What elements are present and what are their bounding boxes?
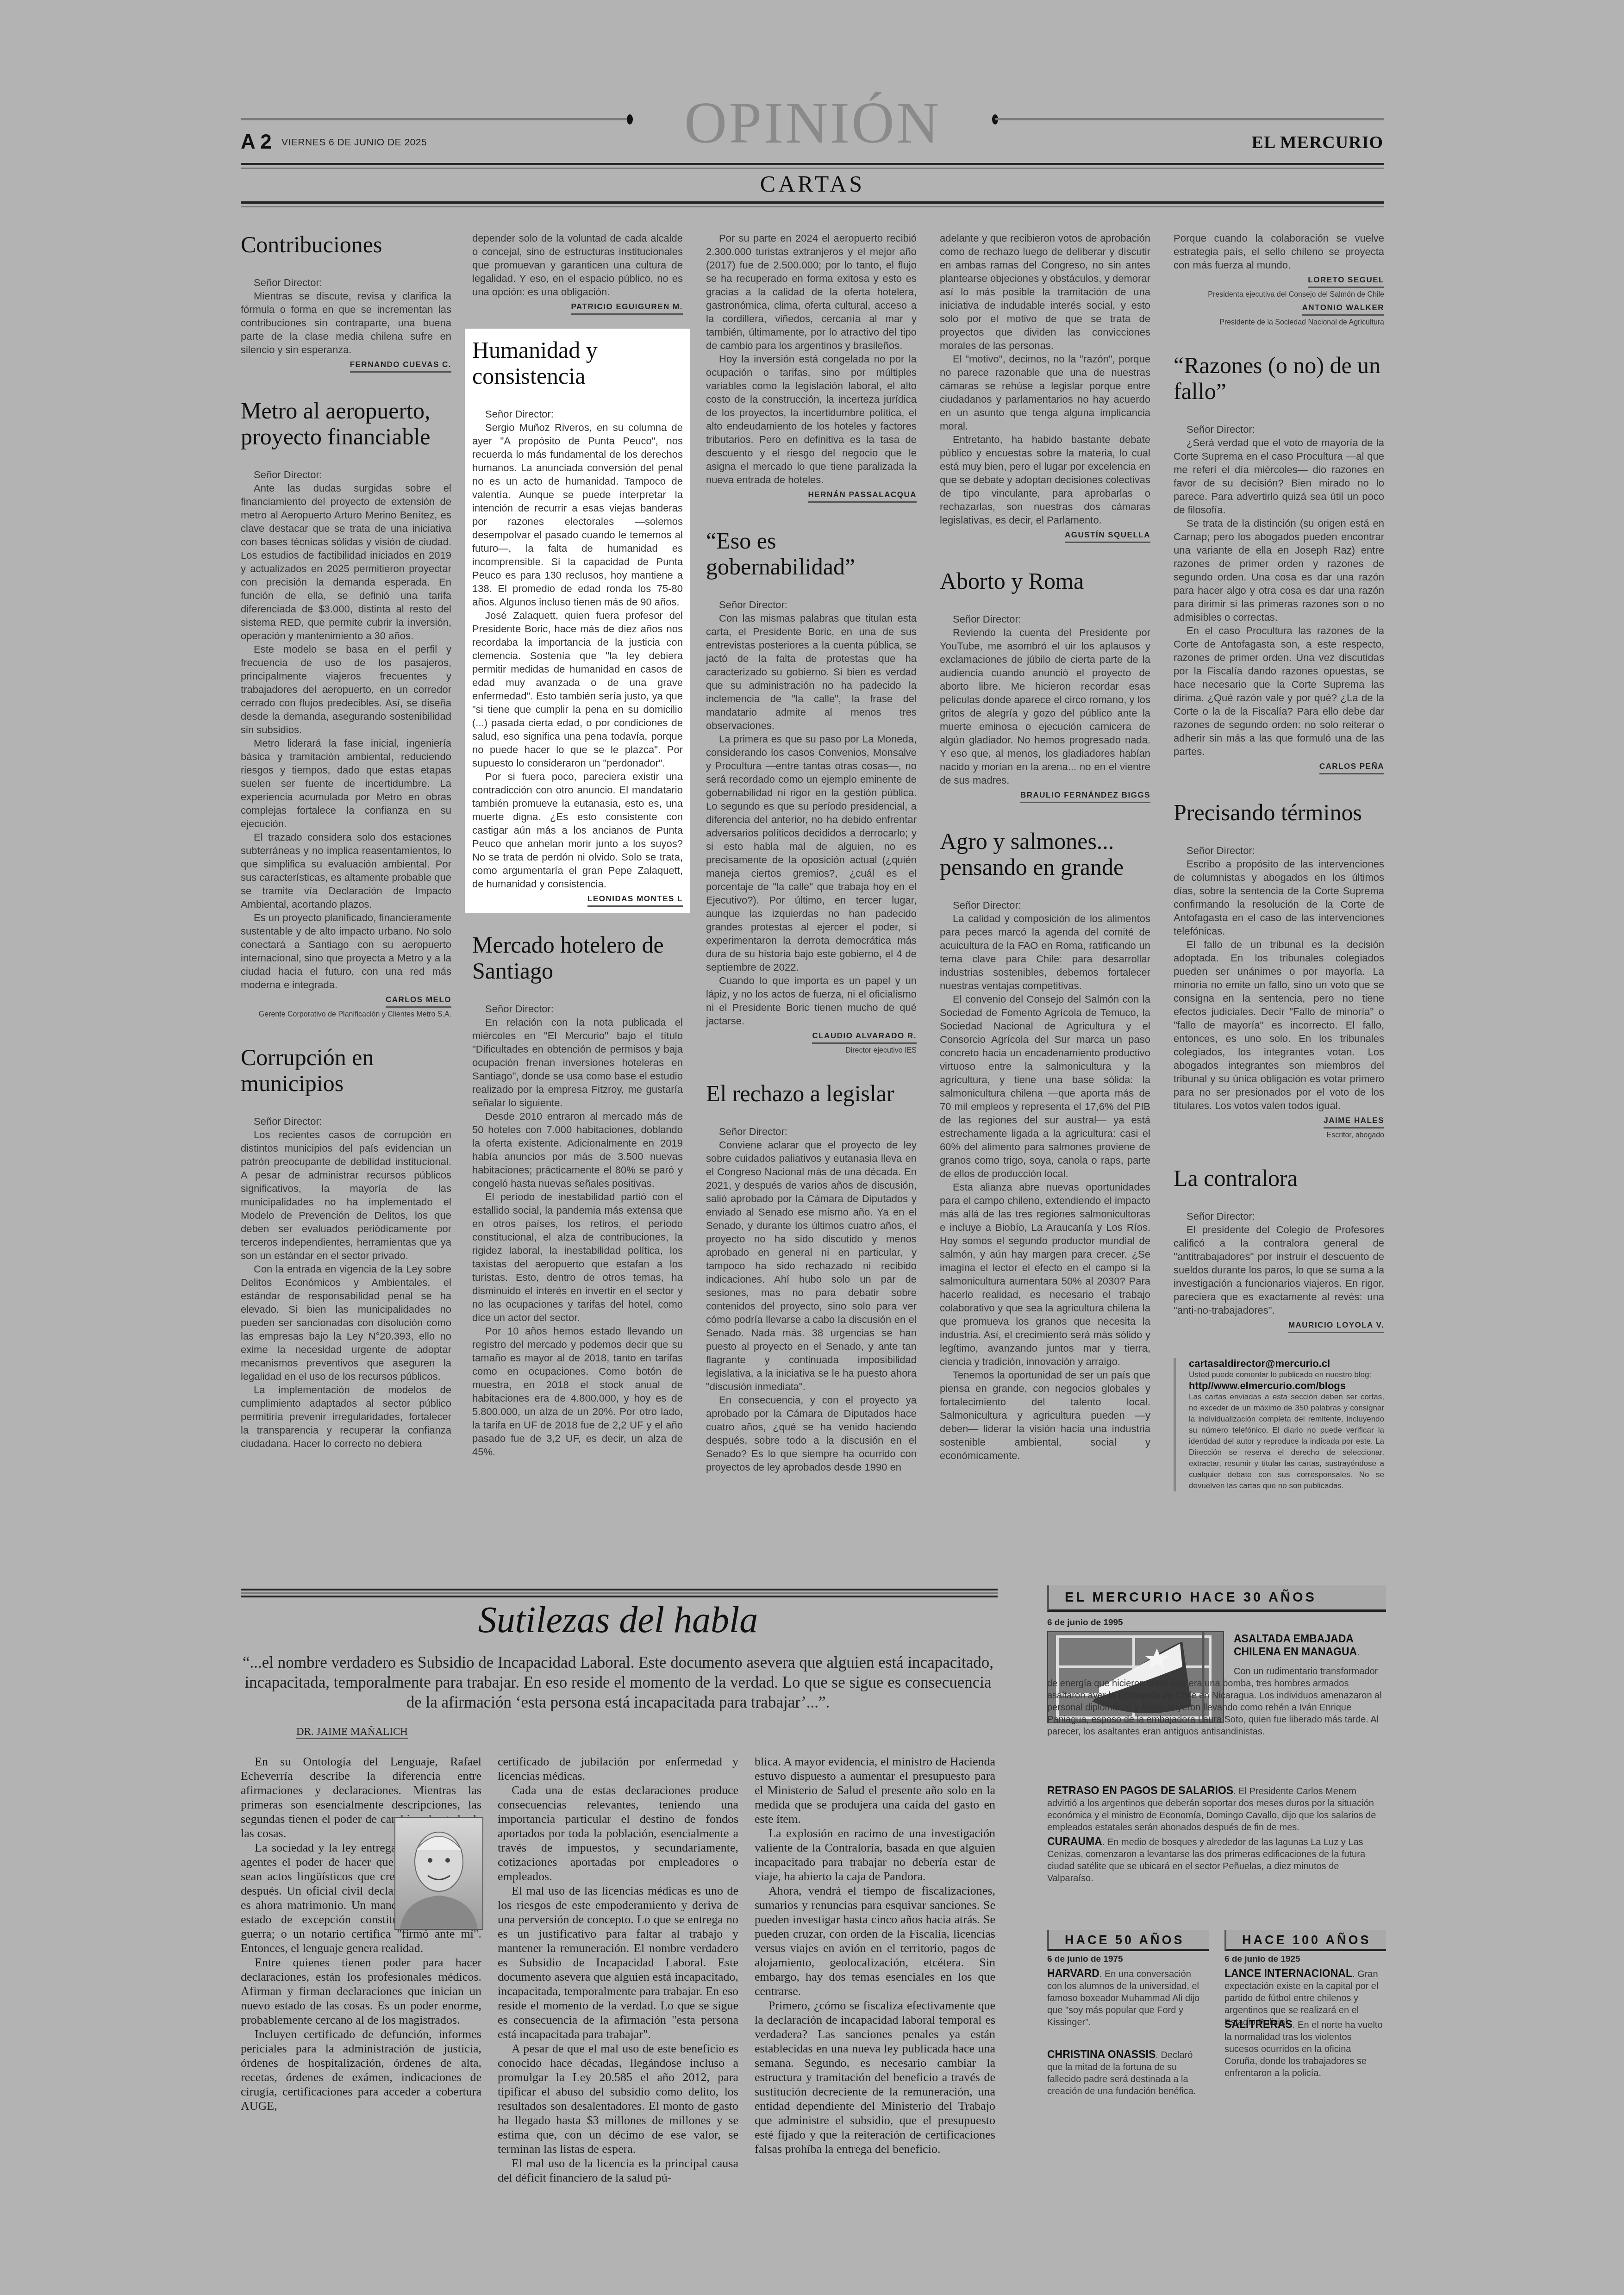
letter-paragraph: Es un proyecto planificado, financierame… [241,911,451,992]
column-lede-quote: “...el nombre verdadero es Subsidio de I… [236,1653,1000,1712]
letter: “Razones (o no) de un fallo” Señor Direc… [1174,352,1384,774]
history-30-header: EL MERCURIO HACE 30 AÑOS [1047,1585,1386,1612]
column-paragraph: A pesar de que el mal uso de este benefi… [498,2041,738,2156]
column-text-1: En su Ontología del Lenguaje, Rafael Ech… [241,1754,481,2113]
letter-paragraph: Este modelo se basa en el perfil y frecu… [241,642,451,736]
letter-greeting: Señor Director: [472,1002,683,1016]
letter: Agro y salmones... pensando en grande Se… [940,828,1150,1462]
letters-contact-box: cartasaldirector@mercurio.cl Usted puede… [1174,1358,1384,1491]
letter-paragraph: depender solo de la voluntad de cada alc… [472,231,683,299]
letter: Precisando términos Señor Director: Escr… [1174,799,1384,1140]
letter-title: “Eso es gobernabilidad” [706,528,917,580]
letter-paragraph: En relación con la nota publicada el mié… [472,1016,683,1110]
letter-paragraph: Esta alianza abre nuevas oportunidades p… [940,1180,1150,1368]
history-100-header: HACE 100 AÑOS [1224,1930,1386,1951]
column-author: DR. JAIME MAÑALICH [296,1726,408,1739]
letter-title: El rechazo a legislar [706,1080,917,1106]
letter-paragraph: Mientras se discute, revisa y clarifica … [241,289,451,356]
letter-paragraph: Tenemos la oportunidad de ser un país qu… [940,1368,1150,1462]
masthead-rule-top [241,163,1384,165]
history-100-date: 6 de junio de 1925 [1224,1954,1300,1964]
column-paragraph: El mal uso de la licencia es la principa… [498,2156,738,2185]
letter-paragraph: José Zalaquett, quien fuera profesor del… [472,609,683,770]
letter-continuation: adelante y que recibieron votos de aprob… [940,231,1150,543]
history-50-date: 6 de junio de 1975 [1047,1954,1123,1964]
masthead-rule-left [241,118,630,120]
letter-paragraph: El trazado considera solo dos estaciones… [241,830,451,911]
letter-paragraph: En el caso Procultura las razones de la … [1174,624,1384,758]
column-text-3: blica. A mayor evidencia, el ministro de… [755,1754,995,2156]
letter-continuation: Porque cuando la colaboración se vuelve … [1174,231,1384,327]
contact-blog-link[interactable]: http//www.elmercurio.com/blogs [1189,1380,1384,1391]
column-paragraph: Primero, ¿cómo se fiscaliza efectivament… [755,1998,995,2156]
column-paragraph: La explosión en racimo de una investigac… [755,1826,995,1883]
letter-paragraph: Por si fuera poco, pareciera existir una… [472,770,683,891]
letter-paragraph: El convenio del Consejo del Salmón con l… [940,992,1150,1180]
letter-greeting: Señor Director: [241,276,451,289]
letter-author: PATRICIO EGUIGUREN M. [571,302,683,315]
letter-paragraph: El período de inestabilidad partió con e… [472,1190,683,1324]
history-item-headline: HARVARD [1047,1967,1099,1979]
subsection-title-cartas: CARTAS [694,170,931,197]
history-item-headline: SALITRERAS [1224,2018,1293,2030]
letter-continuation: Por su parte en 2024 el aeropuerto recib… [706,231,917,503]
letter-greeting: Señor Director: [1174,1210,1384,1223]
letter-paragraph: En consecuencia, y con el proyecto ya ap… [706,1393,917,1474]
history-30-item: ASALTADA EMBAJADA CHILENA EN MANAGUA. [1234,1633,1384,1659]
bottom-section-rule [241,1589,998,1590]
letter-paragraph: Desde 2010 entraron al mercado más de 50… [472,1110,683,1190]
letter: Aborto y Roma Señor Director: Reviendo l… [940,568,1150,803]
newspaper-brand: EL MERCURIO [1252,132,1383,153]
letter-author-role: Gerente Corporativo de Planificación y C… [241,1010,451,1019]
letter-paragraph: Porque cuando la colaboración se vuelve … [1174,231,1384,272]
letter-paragraph: Por su parte en 2024 el aeropuerto recib… [706,231,917,352]
letter: Mercado hotelero de Santiago Señor Direc… [472,932,683,1459]
letter-author-role: Director ejecutivo IES [706,1046,917,1055]
letter-author: LORETO SEGUEL [1308,275,1384,288]
letter-author: BRAULIO FERNÁNDEZ BIGGS [1020,791,1150,803]
letter-title: La contralora [1174,1165,1384,1191]
history-30-item: RETRASO EN PAGOS DE SALARIOS. El Preside… [1047,1784,1384,1834]
letter-title: Contribuciones [241,231,451,257]
letter-greeting: Señor Director: [1174,423,1384,436]
letter-author: HERNÁN PASSALACQUA [808,490,917,503]
letter-greeting: Señor Director: [241,1115,451,1128]
author-portrait-photo [394,1817,483,1930]
masthead-rule-right [995,118,1384,120]
column-paragraph: Incluyen certificado de defunción, infor… [241,2027,481,2113]
history-30-item: CURAUMA. En medio de bosques y alrededor… [1047,1835,1384,1884]
page-date: VIERNES 6 DE JUNIO DE 2025 [281,137,427,148]
letter-author: CLAUDIO ALVARADO R. [812,1031,917,1044]
letter-greeting: Señor Director: [940,898,1150,912]
letter-paragraph: Con las mismas palabras que titulan esta… [706,611,917,732]
letter-author-role: Presidente de la Sociedad Nacional de Ag… [1174,318,1384,327]
letter-paragraph: adelante y que recibieron votos de aprob… [940,231,1150,352]
history-item-headline: ASALTADA EMBAJADA CHILENA EN MANAGUA [1234,1633,1357,1658]
column-paragraph: El mal uso de las licencias médicas es u… [498,1883,738,2041]
letter: El rechazo a legislar Señor Director: Co… [706,1080,917,1474]
letter-paragraph: Con la entrada en vigencia de la Ley sob… [241,1262,451,1383]
letter-highlighted: Humanidad y consistencia Señor Director:… [465,329,690,913]
letter: La contralora Señor Director: El preside… [1174,1165,1384,1333]
column-text-2: certificado de jubilación por enfermedad… [498,1754,738,2185]
letter-title: Aborto y Roma [940,568,1150,594]
history-50-header: HACE 50 AÑOS [1047,1930,1209,1951]
letter-greeting: Señor Director: [241,468,451,481]
letter-paragraph: La calidad y composición de los alimento… [940,912,1150,992]
letters-column-4: adelante y que recibieron votos de aprob… [940,231,1150,1487]
letters-column-5: Porque cuando la colaboración se vuelve … [1174,231,1384,1491]
letter-paragraph: Conviene aclarar que el proyecto de ley … [706,1138,917,1393]
letter-continuation: depender solo de la voluntad de cada alc… [472,231,683,315]
history-30-item-text: Con un rudimentario transformador de ene… [1047,1665,1384,1738]
column-title: Sutilezas del habla [231,1599,1005,1641]
letter-paragraph: Se trata de la distinción (su origen est… [1174,517,1384,624]
history-50-item: CHRISTINA ONASSIS. Declaró que la mitad … [1047,2048,1207,2097]
letter-title: Metro al aeropuerto, proyecto financiabl… [241,398,451,449]
letter-paragraph: La primera es que su paso por La Moneda,… [706,732,917,974]
contact-rules: Las cartas enviadas a esta sección deben… [1189,1391,1384,1491]
history-100-item: SALITRERAS. En el norte ha vuelto la nor… [1224,2018,1384,2079]
letter-paragraph: Metro liderará la fase inicial, ingenier… [241,736,451,830]
letter-author: ANTONIO WALKER [1302,303,1384,316]
history-item-headline: CHRISTINA ONASSIS [1047,2048,1156,2060]
letter-paragraph: Sergio Muñoz Riveros, en su columna de a… [472,421,683,609]
letter-author: MAURICIO LOYOLA V. [1288,1321,1384,1333]
masthead-rule-top-thin [241,168,1384,169]
letter-paragraph: ¿Será verdad que el voto de mayoría de l… [1174,436,1384,517]
letter: Contribuciones Señor Director: Mientras … [241,231,451,373]
letter: Corrupción en municipios Señor Director:… [241,1044,451,1450]
letter-author: CARLOS PEÑA [1319,762,1384,774]
letter-paragraph: El "motivo", decimos, no la "razón", por… [940,352,1150,433]
letters-column-3: Por su parte en 2024 el aeropuerto recib… [706,231,917,1499]
column-paragraph: certificado de jubilación por enfermedad… [498,1754,738,1783]
history-50-item: HARVARD. En una conversación con los alu… [1047,1967,1207,2028]
letter-author: FERNANDO CUEVAS C. [350,360,451,373]
letters-column-1: Contribuciones Señor Director: Mientras … [241,231,451,1475]
letter: “Eso es gobernabilidad” Señor Director: … [706,528,917,1055]
column-paragraph: Cada una de estas declaraciones produce … [498,1783,738,1883]
letter-title: Humanidad y consistencia [472,337,683,389]
column-paragraph: Entre quienes tienen poder para hacer de… [241,1955,481,2027]
letter-paragraph: El fallo de un tribunal es la decisión a… [1174,938,1384,1112]
letter-title: Precisando términos [1174,799,1384,825]
contact-email-link[interactable]: cartasaldirector@mercurio.cl [1189,1358,1384,1369]
history-item-headline: CURAUMA [1047,1835,1102,1847]
letter-author: LEONIDAS MONTES L [587,894,683,907]
letter-paragraph: Por 10 años hemos estado llevando un reg… [472,1324,683,1459]
letter-greeting: Señor Director: [706,598,917,611]
letter-greeting: Señor Director: [472,407,683,421]
letter-paragraph: Ante las dudas surgidas sobre el financi… [241,481,451,642]
letter-greeting: Señor Director: [706,1125,917,1138]
history-30-date: 6 de junio de 1995 [1047,1618,1123,1628]
letter-paragraph: Entretanto, ha habido bastante debate pú… [940,433,1150,527]
history-item-headline: RETRASO EN PAGOS DE SALARIOS [1047,1784,1233,1796]
section-title-opinion: OPINIÓN [639,90,986,155]
letter-title: Corrupción en municipios [241,1044,451,1096]
bottom-section-rule-low [241,1596,998,1597]
letter-author: JAIME HALES [1324,1116,1384,1129]
letter-title: “Razones (o no) de un fallo” [1174,352,1384,404]
letter-author-role: Escritor, abogado [1174,1130,1384,1140]
letter-paragraph: Cuando lo que importa es un papel y un l… [706,974,917,1028]
masthead-rule-bottom-thin [241,206,1384,207]
letter-paragraph: Hoy la inversión está congelada no por l… [706,352,917,486]
masthead-rule-bottom [241,201,1384,204]
letter-title: Mercado hotelero de Santiago [472,932,683,984]
letter-paragraph: Escribo a propósito de las intervencione… [1174,857,1384,938]
letter-paragraph: La implementación de modelos de cumplimi… [241,1383,451,1450]
letter-paragraph: Reviendo la cuenta del Presidente por Yo… [940,626,1150,787]
letter-greeting: Señor Director: [1174,844,1384,857]
letters-column-2: depender solo de la voluntad de cada alc… [472,231,683,1484]
page-number: A 2 [241,131,272,154]
history-item-headline: LANCE INTERNACIONAL [1224,1967,1352,1979]
column-paragraph: blica. A mayor evidencia, el ministro de… [755,1754,995,1826]
letter-title: Agro y salmones... pensando en grande [940,828,1150,880]
masthead-dot-left [627,114,633,125]
letter-paragraph: Los recientes casos de corrupción en dis… [241,1128,451,1262]
bottom-section-rule-mid [241,1592,998,1594]
letter-paragraph: El presidente del Colegio de Profesores … [1174,1223,1384,1317]
letter-greeting: Señor Director: [940,612,1150,626]
letter: Metro al aeropuerto, proyecto financiabl… [241,398,451,1019]
letter-author: CARLOS MELO [386,995,451,1008]
portrait-silhouette-icon [395,1818,482,1929]
letter-author-role: Presidenta ejecutiva del Consejo del Sal… [1174,290,1384,299]
column-paragraph: Ahora, vendrá el tiempo de fiscalizacion… [755,1883,995,1998]
letter-author: AGUSTÍN SQUELLA [1065,530,1150,543]
contact-blog-intro: Usted puede comentar lo publicado en nue… [1189,1369,1384,1380]
